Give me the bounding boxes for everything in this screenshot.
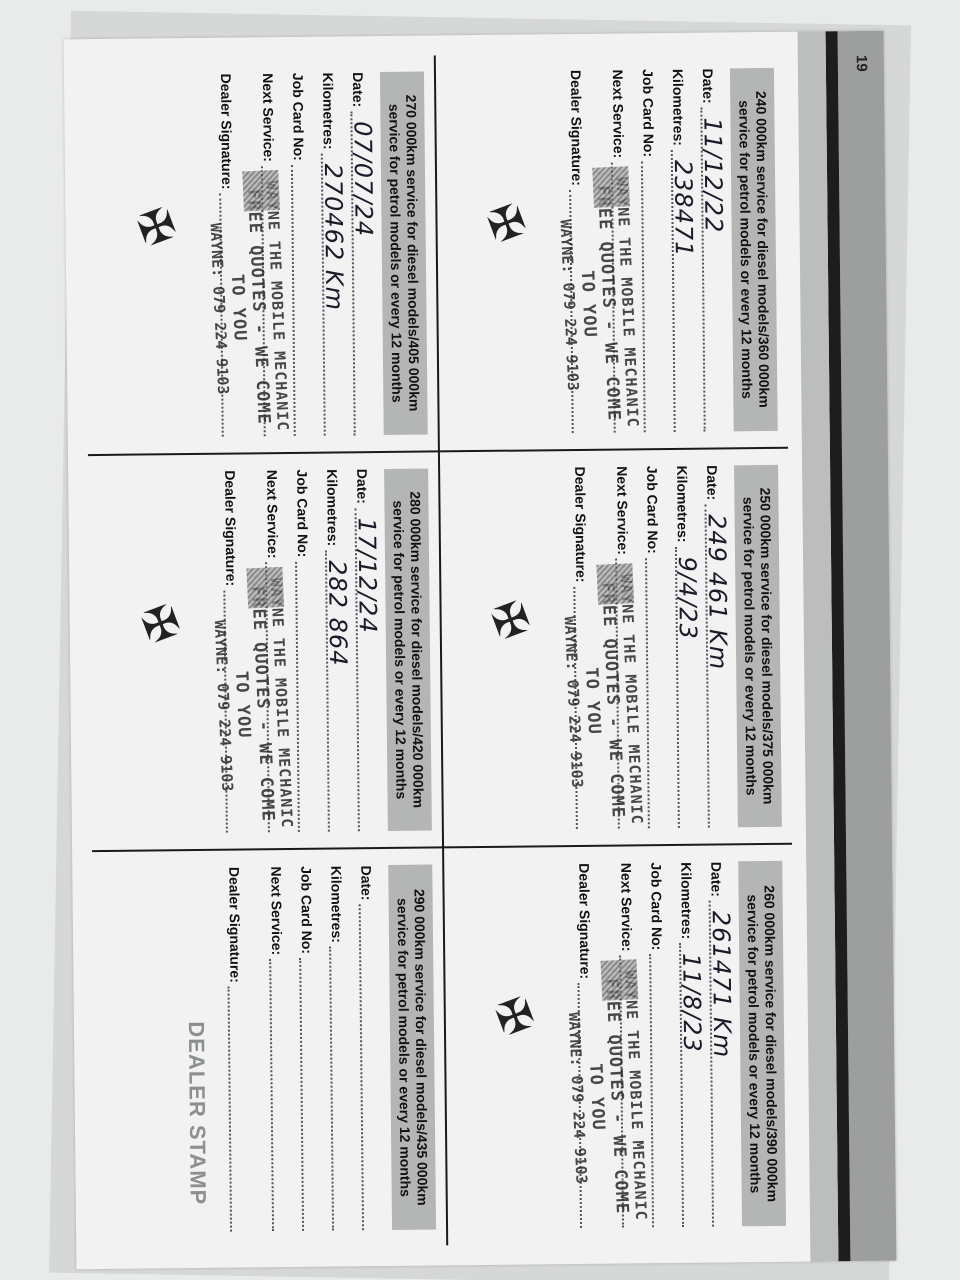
date-field[interactable]: Date:17/12/24 — [354, 469, 374, 832]
date-field[interactable]: Date:11/12/22 — [700, 68, 720, 431]
date-field[interactable]: Date:249 461 Km — [704, 465, 724, 828]
kilometres-field[interactable]: Kilometres:238471 — [670, 69, 690, 432]
service-interval-heading: 280 000km service for diesel models/420 … — [384, 468, 432, 831]
signature-mark: ✠ — [475, 197, 536, 249]
mechanic-stamp: WAYNE THE MOBILE MECHANICFREE QUOTES - W… — [555, 172, 643, 435]
service-entry: 250 000km service for diesel models/375 … — [438, 448, 792, 848]
service-entry: 290 000km service for diesel models/435 … — [92, 849, 446, 1249]
kilometres-field[interactable]: Kilometres:270462 Km — [320, 72, 340, 435]
mechanic-stamp: WAYNE THE MOBILE MECHANICFREE QUOTES - W… — [559, 569, 647, 832]
service-record-page: 19 240 000km service for diesel models/3… — [64, 31, 897, 1270]
mechanic-stamp: WAYNE THE MOBILE MECHANICFREE QUOTES - W… — [205, 176, 293, 439]
kilometres-field[interactable]: Kilometres:11/8/23 — [678, 862, 698, 1227]
date-field[interactable]: Date:261471 Km — [708, 862, 728, 1227]
job-card-field[interactable]: Job Card No: — [644, 466, 664, 829]
service-entry: 260 000km service for diesel models/390 … — [442, 845, 796, 1245]
signature-mark: ✠ — [483, 990, 544, 1042]
next-service-field[interactable]: Next Service: — [268, 866, 288, 1231]
job-card-field[interactable]: Job Card No: — [290, 73, 310, 436]
kilometres-field[interactable]: Kilometres: — [328, 866, 348, 1231]
mechanic-stamp: WAYNE THE MOBILE MECHANICFREE QUOTES - W… — [563, 965, 651, 1228]
service-grid: 240 000km service for diesel models/360 … — [84, 52, 796, 1249]
service-interval-heading: 270 000km service for diesel models/405 … — [380, 72, 428, 435]
kilometres-field[interactable]: Kilometres:282 864 — [324, 469, 344, 832]
service-interval-heading: 290 000km service for diesel models/435 … — [388, 865, 436, 1230]
signature-mark: ✠ — [125, 201, 186, 253]
kilometres-field[interactable]: Kilometres:9/4/23 — [674, 465, 694, 828]
service-entry: 280 000km service for diesel models/420 … — [88, 452, 442, 852]
service-interval-heading: 240 000km service for diesel models/360 … — [730, 68, 778, 431]
service-entry: 270 000km service for diesel models/405 … — [84, 55, 438, 455]
signature-mark: ✠ — [129, 597, 190, 649]
dealer-signature-field[interactable]: Dealer Signature: — [226, 867, 246, 1232]
job-card-field[interactable]: Job Card No: — [294, 469, 314, 832]
dealer-stamp-label: DEALER STAMP — [183, 1021, 211, 1205]
page-number: 19 — [853, 55, 870, 72]
date-field[interactable]: Date: — [358, 865, 378, 1230]
mechanic-stamp: WAYNE THE MOBILE MECHANICFREE QUOTES - W… — [209, 572, 297, 835]
job-card-field[interactable]: Job Card No: — [640, 69, 660, 432]
date-field[interactable]: Date:07/07/24 — [350, 72, 370, 435]
signature-mark: ✠ — [479, 594, 540, 646]
service-entry: 240 000km service for diesel models/360 … — [434, 52, 788, 452]
job-card-field[interactable]: Job Card No: — [648, 862, 668, 1227]
service-interval-heading: 260 000km service for diesel models/390 … — [738, 861, 786, 1226]
service-interval-heading: 250 000km service for diesel models/375 … — [734, 465, 782, 828]
job-card-field[interactable]: Job Card No: — [298, 866, 318, 1231]
